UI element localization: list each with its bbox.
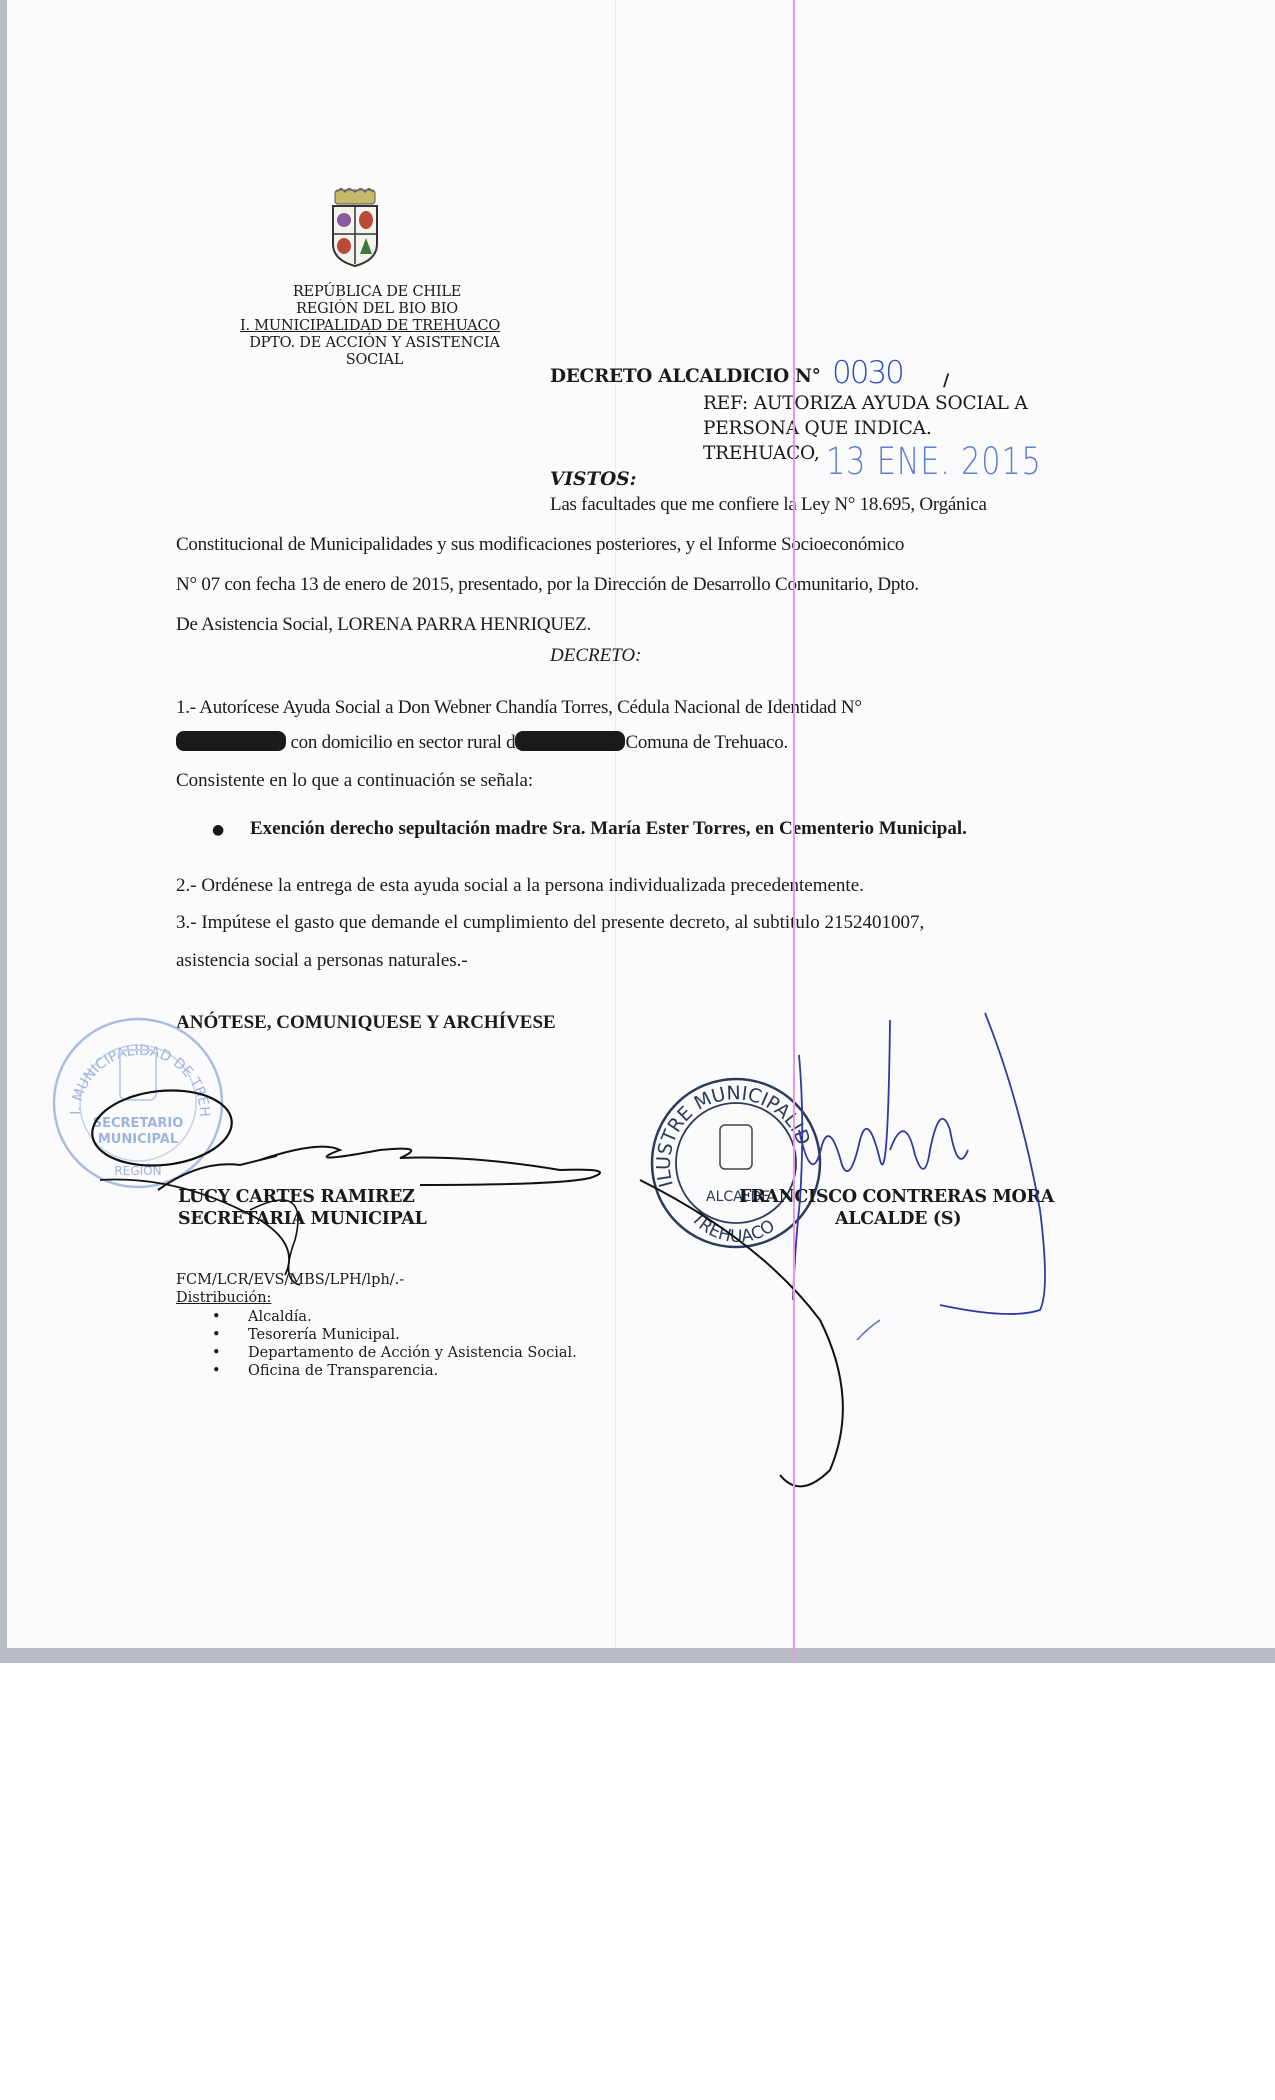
- header-municipality: I. MUNICIPALIDAD DE TREHUACO: [238, 318, 502, 335]
- decreto-item-2: 2.- Ordénese la entrega de esta ayuda so…: [176, 875, 864, 897]
- distribution-item: Departamento de Acción y Asistencia Soci…: [212, 1344, 577, 1362]
- svg-text:ILUSTRE MUNICIPALIDAD: ILUSTRE MUNICIPALIDAD: [648, 1075, 814, 1190]
- distribution-label: Distribución:: [176, 1290, 271, 1306]
- decree-title: DECRETO ALCALDICIO N°: [550, 366, 821, 387]
- vistos-line-3: N° 07 con fecha 13 de enero de 2015, pre…: [176, 565, 1078, 605]
- vistos-line-1: Las facultades que me confiere la Ley N°…: [176, 485, 1078, 525]
- item-1-text-b: Comuna de Trehuaco.: [625, 732, 788, 753]
- redaction-sector-name: [515, 731, 625, 751]
- bullet-icon: ●: [212, 822, 224, 838]
- reference-codes: FCM/LCR/EVS/MBS/LPH/lph/.-: [176, 1272, 404, 1288]
- coat-of-arms-icon: [327, 188, 383, 268]
- mayor-stamp-icon: ILUSTRE MUNICIPALIDAD TREHUACO ALCALDE: [648, 1075, 823, 1250]
- scan-margin-line: [793, 0, 795, 1663]
- item-1-text-a: con domicilio en sector rural d: [291, 732, 516, 753]
- decreto-heading: DECRETO:: [550, 645, 641, 667]
- vistos-line-2: Constitucional de Municipalidades y sus …: [176, 525, 1078, 565]
- date-stamp: 13 ENE. 2015: [826, 440, 1042, 483]
- secretary-name: LUCY CARTES RAMIREZ: [178, 1187, 415, 1207]
- item-1-line-2: con domicilio en sector rural dComuna de…: [176, 725, 1078, 760]
- secretary-stamp-icon: I. MUNICIPALIDAD DE TREHUACO SECRETARIO …: [50, 1015, 225, 1190]
- distribution-item: Oficina de Transparencia.: [212, 1362, 577, 1380]
- decree-slash: /: [943, 371, 949, 391]
- svg-text:REGIÓN: REGIÓN: [114, 1163, 161, 1178]
- svg-text:SECRETARIO: SECRETARIO: [93, 1116, 184, 1131]
- svg-text:I. MUNICIPALIDAD DE TREHUACO: I. MUNICIPALIDAD DE TREHUACO: [50, 1015, 212, 1117]
- header-republic: REPÚBLICA DE CHILE: [252, 284, 502, 301]
- vistos-paragraph: Las facultades que me confiere la Ley N°…: [176, 485, 1078, 645]
- ref-line-1: REF: AUTORIZA AYUDA SOCIAL A: [703, 393, 1028, 414]
- secretary-role: SECRETARIA MUNICIPAL: [178, 1209, 427, 1229]
- decreto-item-3-line-1: 3.- Impútese el gasto que demande el cum…: [176, 912, 924, 934]
- consistente-line: Consistente en lo que a continuación se …: [176, 770, 533, 792]
- svg-text:MUNICIPAL: MUNICIPAL: [98, 1132, 178, 1147]
- decreto-item-3-line-2: asistencia social a personas naturales.-: [176, 950, 468, 972]
- mayor-role: ALCALDE (S): [835, 1209, 961, 1229]
- benefit-bullet: Exención derecho sepultación madre Sra. …: [250, 818, 967, 840]
- place-trehuaco: TREHUACO,: [703, 443, 820, 464]
- closing-formula: ANÓTESE, COMUNIQUESE Y ARCHÍVESE: [176, 1012, 556, 1034]
- vistos-line-4: De Asistencia Social, LORENA PARRA HENRI…: [176, 605, 1078, 645]
- distribution-item: Tesorería Municipal.: [212, 1326, 577, 1344]
- header-region: REGIÓN DEL BIO BIO: [252, 301, 502, 318]
- distribution-list: Alcaldía. Tesorería Municipal. Departame…: [212, 1308, 577, 1380]
- header-department: DPTO. DE ACCIÓN Y ASISTENCIA SOCIAL: [237, 335, 512, 369]
- decree-number-handwritten: 0030: [832, 355, 903, 391]
- mayor-name: FRANCISCO CONTRERAS MORA: [739, 1187, 1054, 1207]
- ref-line-2: PERSONA QUE INDICA.: [703, 418, 932, 439]
- decreto-item-1: 1.- Autorícese Ayuda Social a Don Webner…: [176, 690, 1078, 760]
- item-1-line-1: 1.- Autorícese Ayuda Social a Don Webner…: [176, 690, 1078, 725]
- redaction-id-number: [176, 731, 286, 751]
- distribution-item: Alcaldía.: [212, 1308, 577, 1326]
